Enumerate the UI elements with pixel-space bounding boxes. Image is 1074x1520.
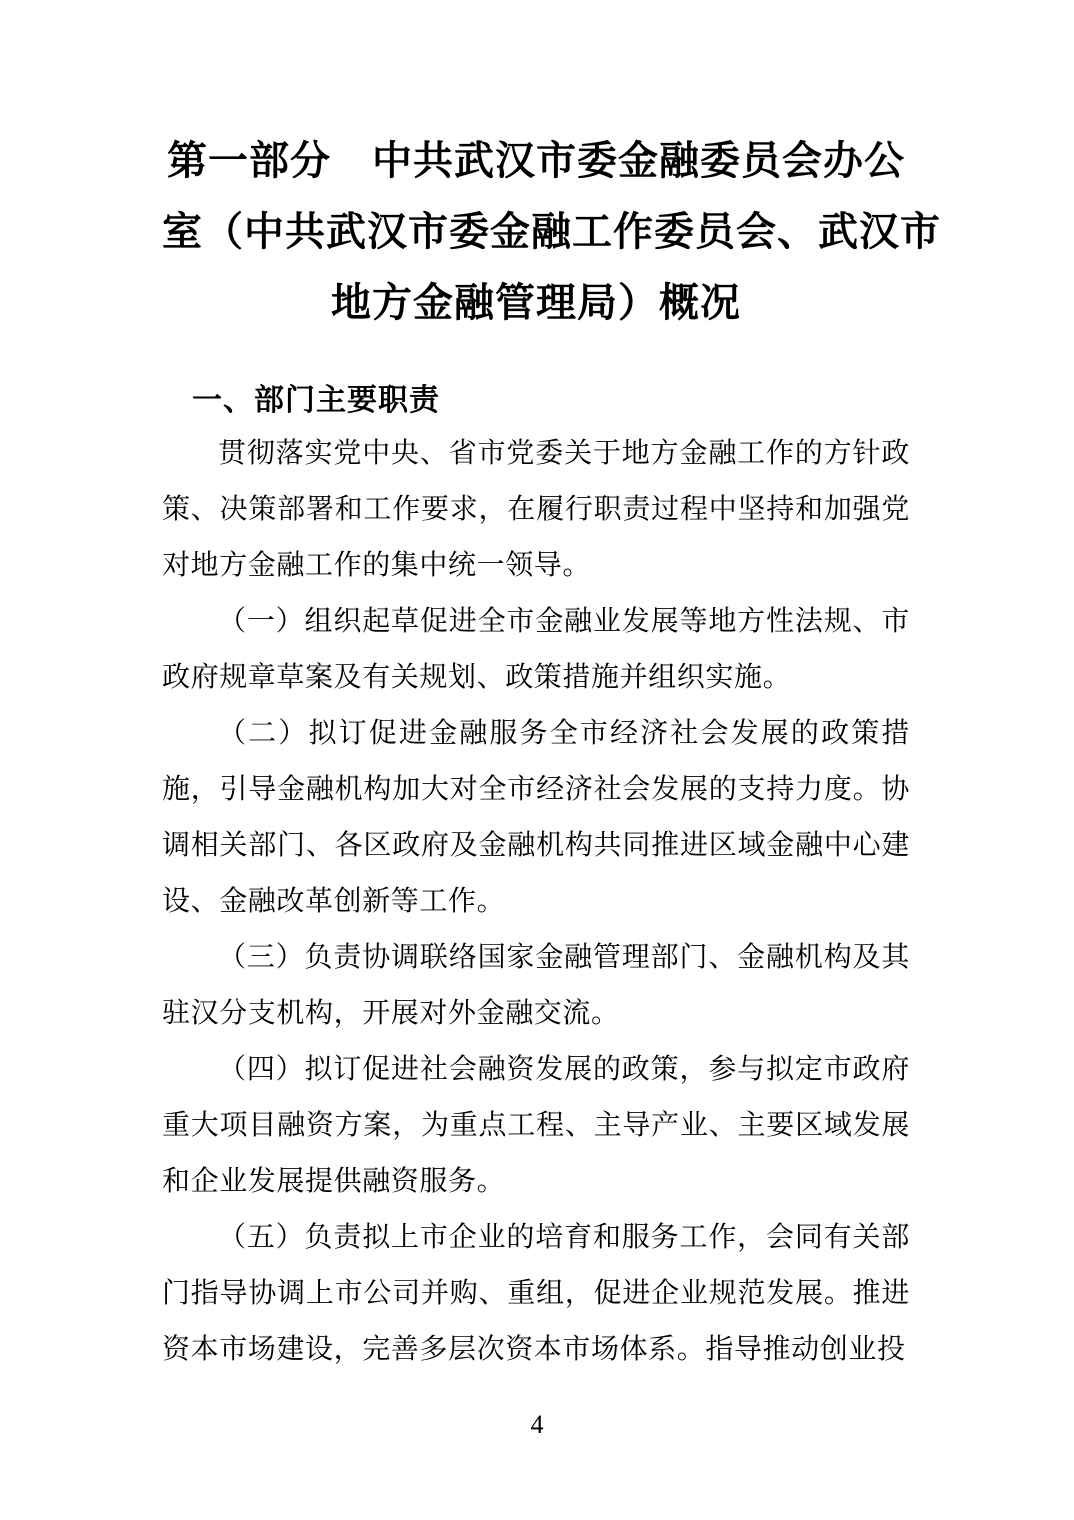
page-number: 4 — [0, 1410, 1074, 1440]
document-page: 第一部分 中共武汉市委金融委员会办公 室（中共武汉市委金融工作委员会、武汉市 地… — [0, 0, 1074, 1520]
document-title: 第一部分 中共武汉市委金融委员会办公 室（中共武汉市委金融工作委员会、武汉市 地… — [162, 126, 910, 339]
document-title-line-1: 第一部分 中共武汉市委金融委员会办公 — [162, 126, 910, 197]
paragraph-duty-2: （二）拟订促进金融服务全市经济社会发展的政策措施，引导金融机构加大对全市经济社会… — [162, 706, 910, 930]
paragraph-duty-4: （四）拟订促进社会融资发展的政策，参与拟定市政府重大项目融资方案，为重点工程、主… — [162, 1042, 910, 1210]
paragraph-overview: 贯彻落实党中央、省市党委关于地方金融工作的方针政策、决策部署和工作要求，在履行职… — [162, 426, 910, 594]
page-content: 第一部分 中共武汉市委金融委员会办公 室（中共武汉市委金融工作委员会、武汉市 地… — [162, 0, 910, 1378]
paragraph-duty-3: （三）负责协调联络国家金融管理部门、金融机构及其驻汉分支机构，开展对外金融交流。 — [162, 930, 910, 1042]
paragraph-duty-5: （五）负责拟上市企业的培育和服务工作，会同有关部门指导协调上市公司并购、重组，促… — [162, 1210, 910, 1378]
paragraph-duty-1: （一）组织起草促进全市金融业发展等地方性法规、市政府规章草案及有关规划、政策措施… — [162, 594, 910, 706]
document-title-line-2: 室（中共武汉市委金融工作委员会、武汉市 — [162, 197, 910, 268]
document-title-line-3: 地方金融管理局）概况 — [162, 268, 910, 339]
section-heading-main-duties: 一、部门主要职责 — [162, 376, 910, 426]
